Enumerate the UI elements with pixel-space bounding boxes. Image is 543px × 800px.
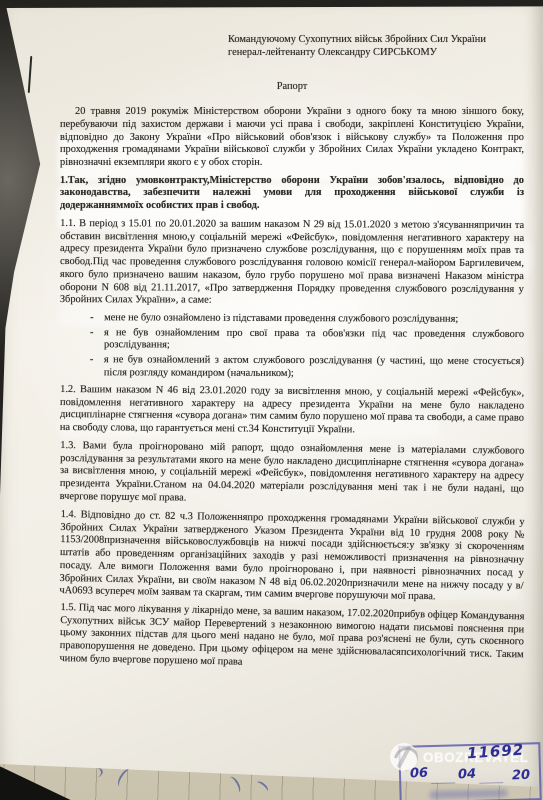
list-item: я не був ознайомленим про свої права та … xyxy=(104,327,524,354)
stamp-smudge xyxy=(429,789,507,799)
stamp-handwritten-day: 06 xyxy=(410,766,429,782)
document-text: Командуючому Сухопутних військ Збройних … xyxy=(60,34,524,671)
document-title: Рапорт xyxy=(60,81,524,94)
photo-of-document: Командуючому Сухопутних військ Збройних … xyxy=(0,0,543,800)
stamp-handwritten-month: 04 xyxy=(458,767,477,783)
stamp-rule xyxy=(431,782,455,784)
list-item: я не був ознайомлений з актом службового… xyxy=(104,354,524,381)
addressee-line: Командуючому Сухопутних військ Збройних … xyxy=(228,34,524,47)
paragraph-1: 1.Так, згідно умовконтракту,Міністерство… xyxy=(60,175,524,213)
paragraph-1-1: 1.1. В період з 15.01 по 20.01.2020 за в… xyxy=(60,218,524,309)
paragraph-intro: 20 травня 2019 рокуміж Міністерством обо… xyxy=(60,106,524,170)
addressee-line: генерал-лейтенанту Олександру СИРСЬКОМУ xyxy=(228,47,524,60)
paragraph-1-4: 1.4. Відповідно до ст. 82 ч.3 Положенняп… xyxy=(59,509,524,606)
stamp-handwritten-year: 20 xyxy=(512,768,532,784)
paragraph-1-5: 1.5. Під час мого лікування у лікарнідо … xyxy=(59,602,524,675)
violations-list: мене не було ознайомлено із підставами п… xyxy=(60,312,524,382)
stamp-rule xyxy=(479,782,503,784)
addressee-block: Командуючому Сухопутних військ Збройних … xyxy=(228,34,524,59)
list-item: мене не було ознайомлено із підставами п… xyxy=(104,312,524,327)
paragraph-1-3: 1.3. Вами була проігноровано мій рапорт,… xyxy=(60,440,525,509)
paragraph-1-2: 1.2. Вашим наказом N 46 від 23.01.2020 г… xyxy=(60,384,524,438)
